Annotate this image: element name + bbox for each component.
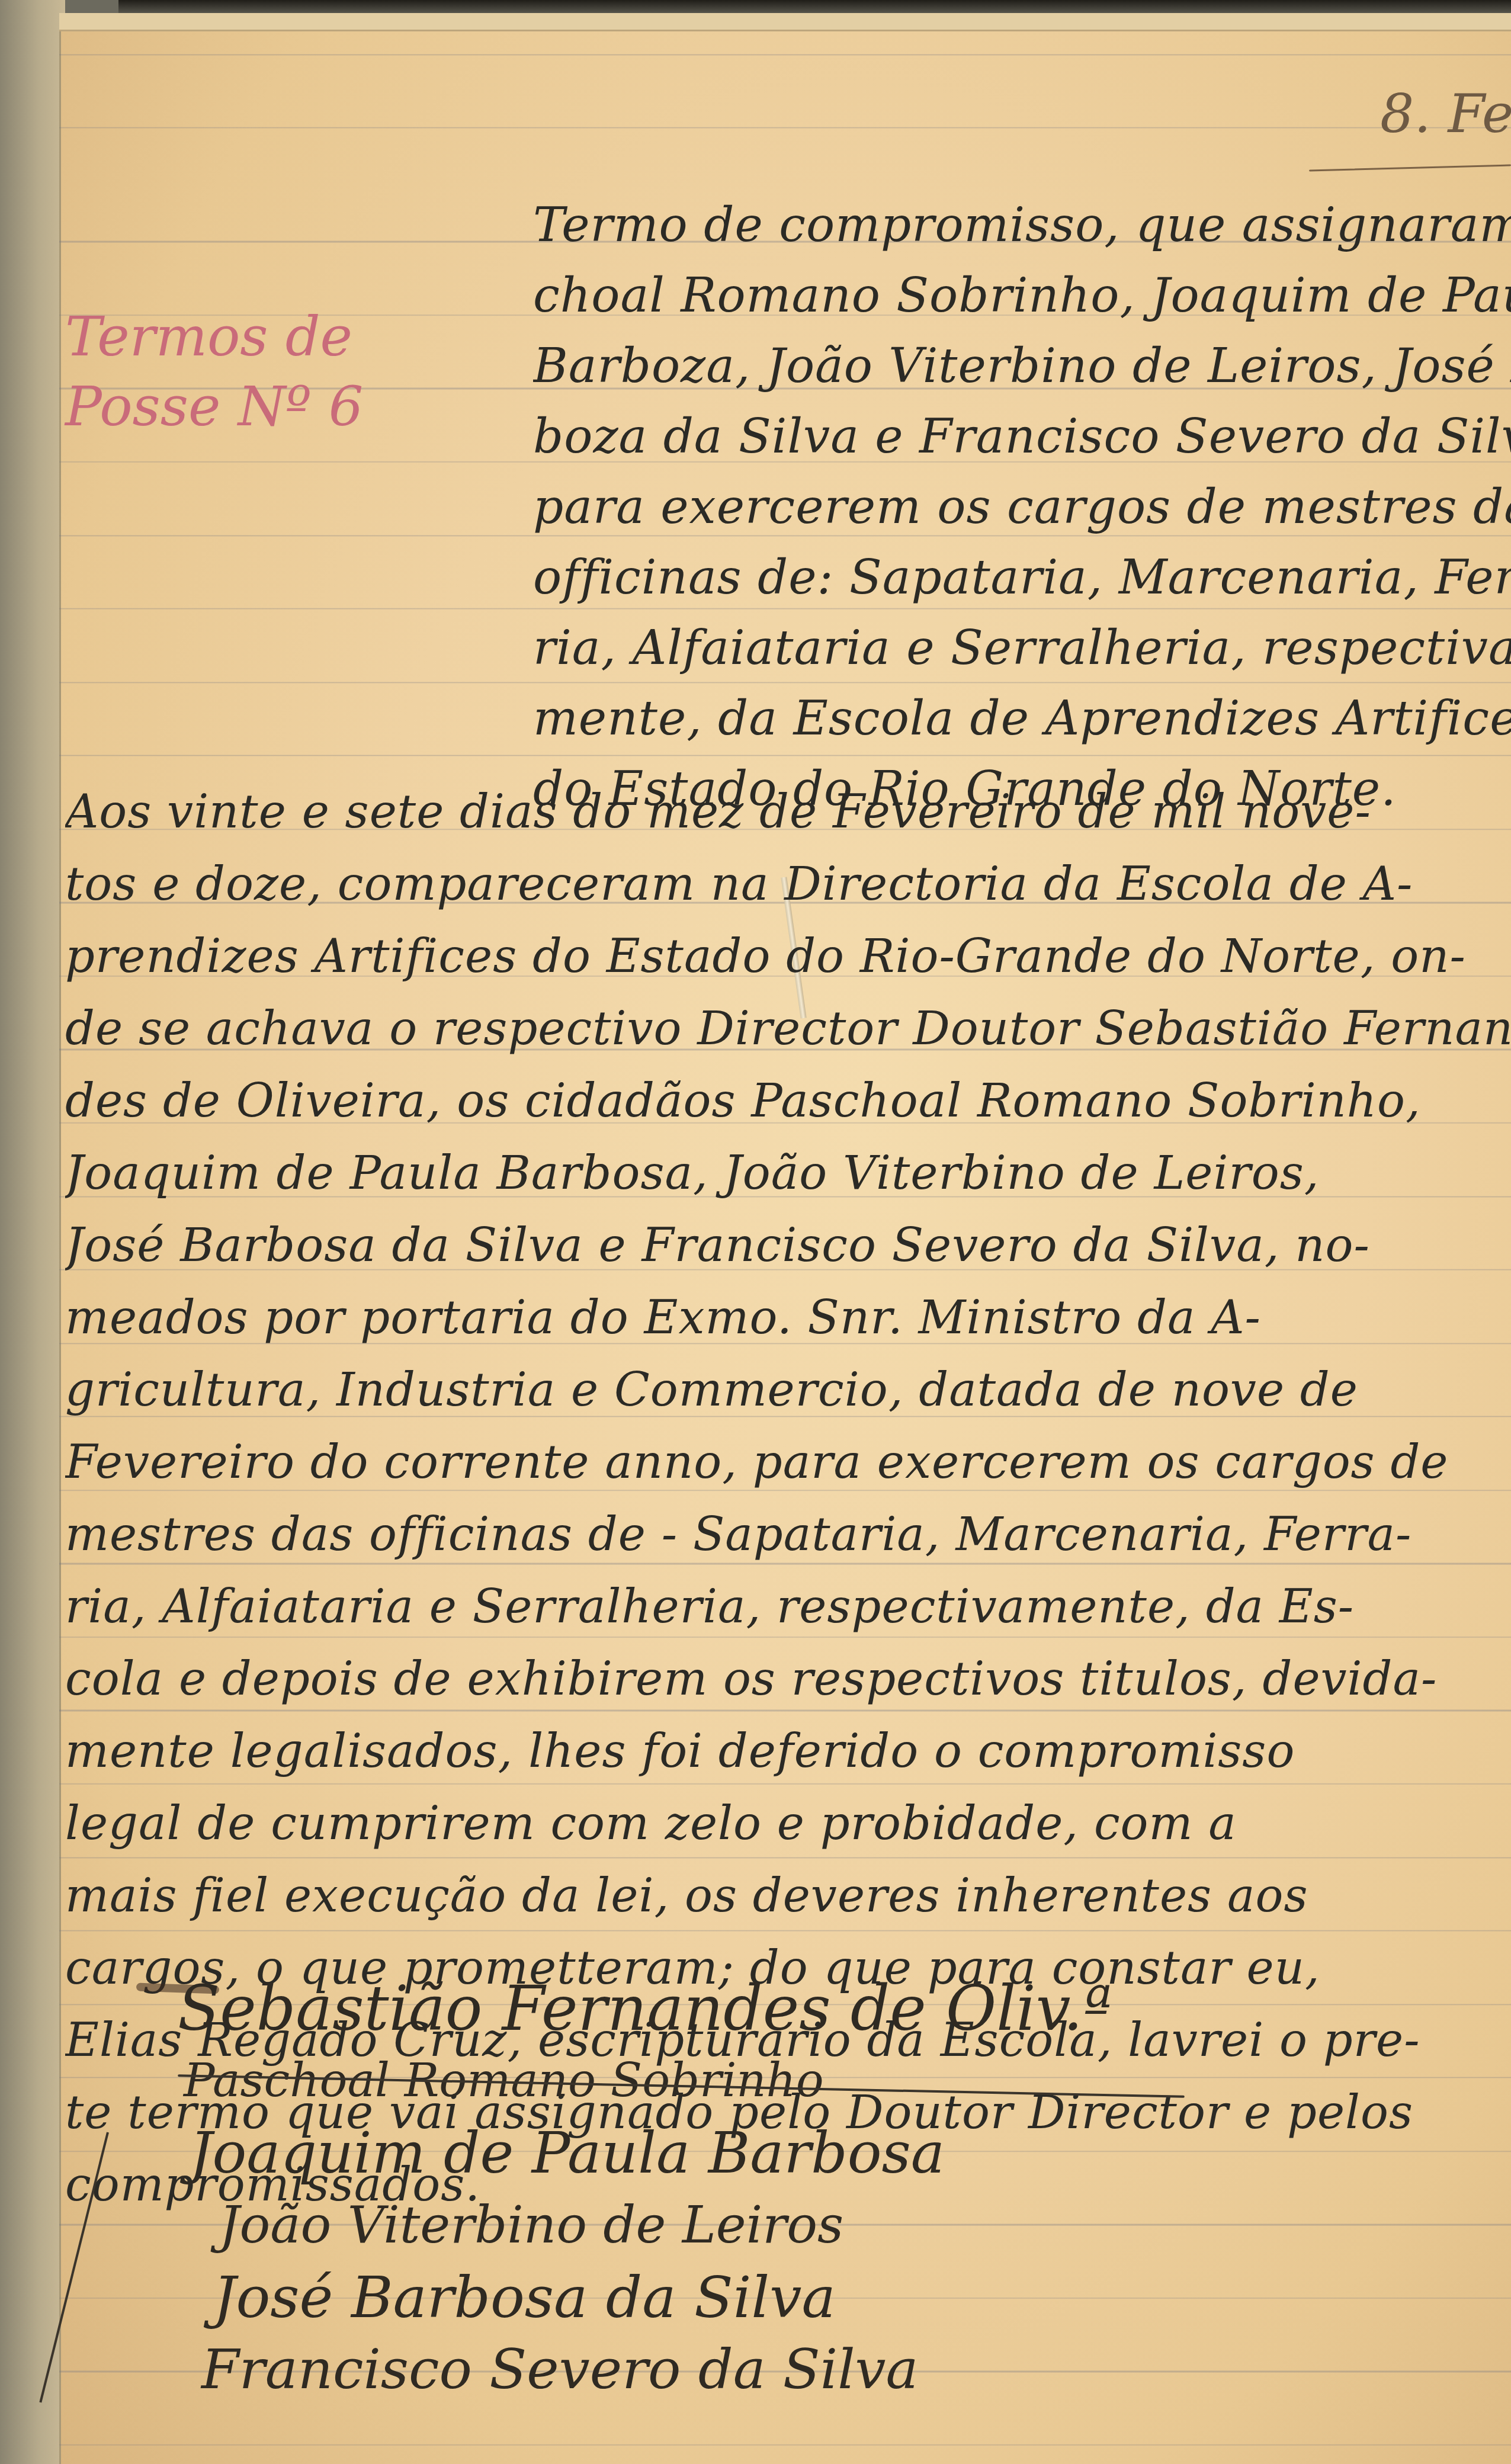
body-line: cola e depois de exhibirem os respectivo… <box>65 1643 1511 1715</box>
heading-line: boza da Silva e Francisco Severo da Silv… <box>533 401 1511 471</box>
body-line: Joaquim de Paula Barbosa, João Viterbino… <box>65 1137 1511 1209</box>
heading-line: para exercerem os cargos de mestres das <box>533 471 1511 542</box>
body-line: ria, Alfaiataria e Serralheria, respecti… <box>65 1571 1511 1643</box>
margin-note-red: Termos de Posse Nº 6 <box>65 302 492 442</box>
document-heading: Termo de compromisso, que assignaram Pas… <box>533 190 1511 824</box>
signature-block: Sebastião Fernandes de Oliv.ª Paschoal R… <box>154 1972 1339 2406</box>
body-line: prendizes Artifices do Estado do Rio-Gra… <box>65 920 1511 993</box>
heading-line: mente, da Escola de Aprendizes Artifices <box>533 683 1511 753</box>
heading-line: Barboza, João Viterbino de Leiros, José … <box>533 331 1511 401</box>
body-line: legal de cumprirem com zelo e probidade,… <box>65 1788 1511 1860</box>
signature: José Barbosa da Silva <box>213 2261 1339 2334</box>
margin-note-line: Termos de <box>65 302 492 372</box>
margin-note-line: Posse Nº 6 <box>65 372 492 442</box>
heading-line: officinas de: Sapataria, Marcenaria, Fer… <box>533 542 1511 612</box>
body-line: des de Oliveira, os cidadãos Paschoal Ro… <box>65 1065 1511 1137</box>
body-line: mais fiel execução da lei, os deveres in… <box>65 1860 1511 1932</box>
heading-line: ria, Alfaiataria e Serralheria, respecti… <box>533 612 1511 683</box>
signature: João Viterbino de Leiros <box>219 2189 1339 2261</box>
signature-director: Sebastião Fernandes de Oliv.ª <box>178 1972 1339 2045</box>
body-line: gricultura, Industria e Commercio, datad… <box>65 1354 1511 1426</box>
signature: Joaquim de Paula Barbosa <box>190 2117 1339 2189</box>
page-top-edge <box>59 13 1511 31</box>
heading-line: Termo de compromisso, que assignaram Pas… <box>533 190 1511 260</box>
book-binding-edge <box>0 0 65 2464</box>
body-line: Aos vinte e sete dias do mez de Fevereir… <box>65 776 1511 848</box>
body-line: mente legalisados, lhes foi deferido o c… <box>65 1715 1511 1788</box>
heading-line: choal Romano Sobrinho, Joaquim de Paula <box>533 260 1511 331</box>
body-line: meados por portaria do Exmo. Snr. Minist… <box>65 1282 1511 1354</box>
folio-date: 8. Fev <box>1380 83 1511 145</box>
body-line: Fevereiro do corrente anno, para exercer… <box>65 1426 1511 1499</box>
body-line: de se achava o respectivo Director Douto… <box>65 993 1511 1065</box>
signature: Paschoal Romano Sobrinho <box>184 2045 1339 2117</box>
body-line: mestres das officinas de - Sapataria, Ma… <box>65 1499 1511 1571</box>
signature: Francisco Severo da Silva <box>201 2334 1339 2406</box>
body-line: José Barbosa da Silva e Francisco Severo… <box>65 1209 1511 1282</box>
body-line: tos e doze, compareceram na Directoria d… <box>65 848 1511 920</box>
